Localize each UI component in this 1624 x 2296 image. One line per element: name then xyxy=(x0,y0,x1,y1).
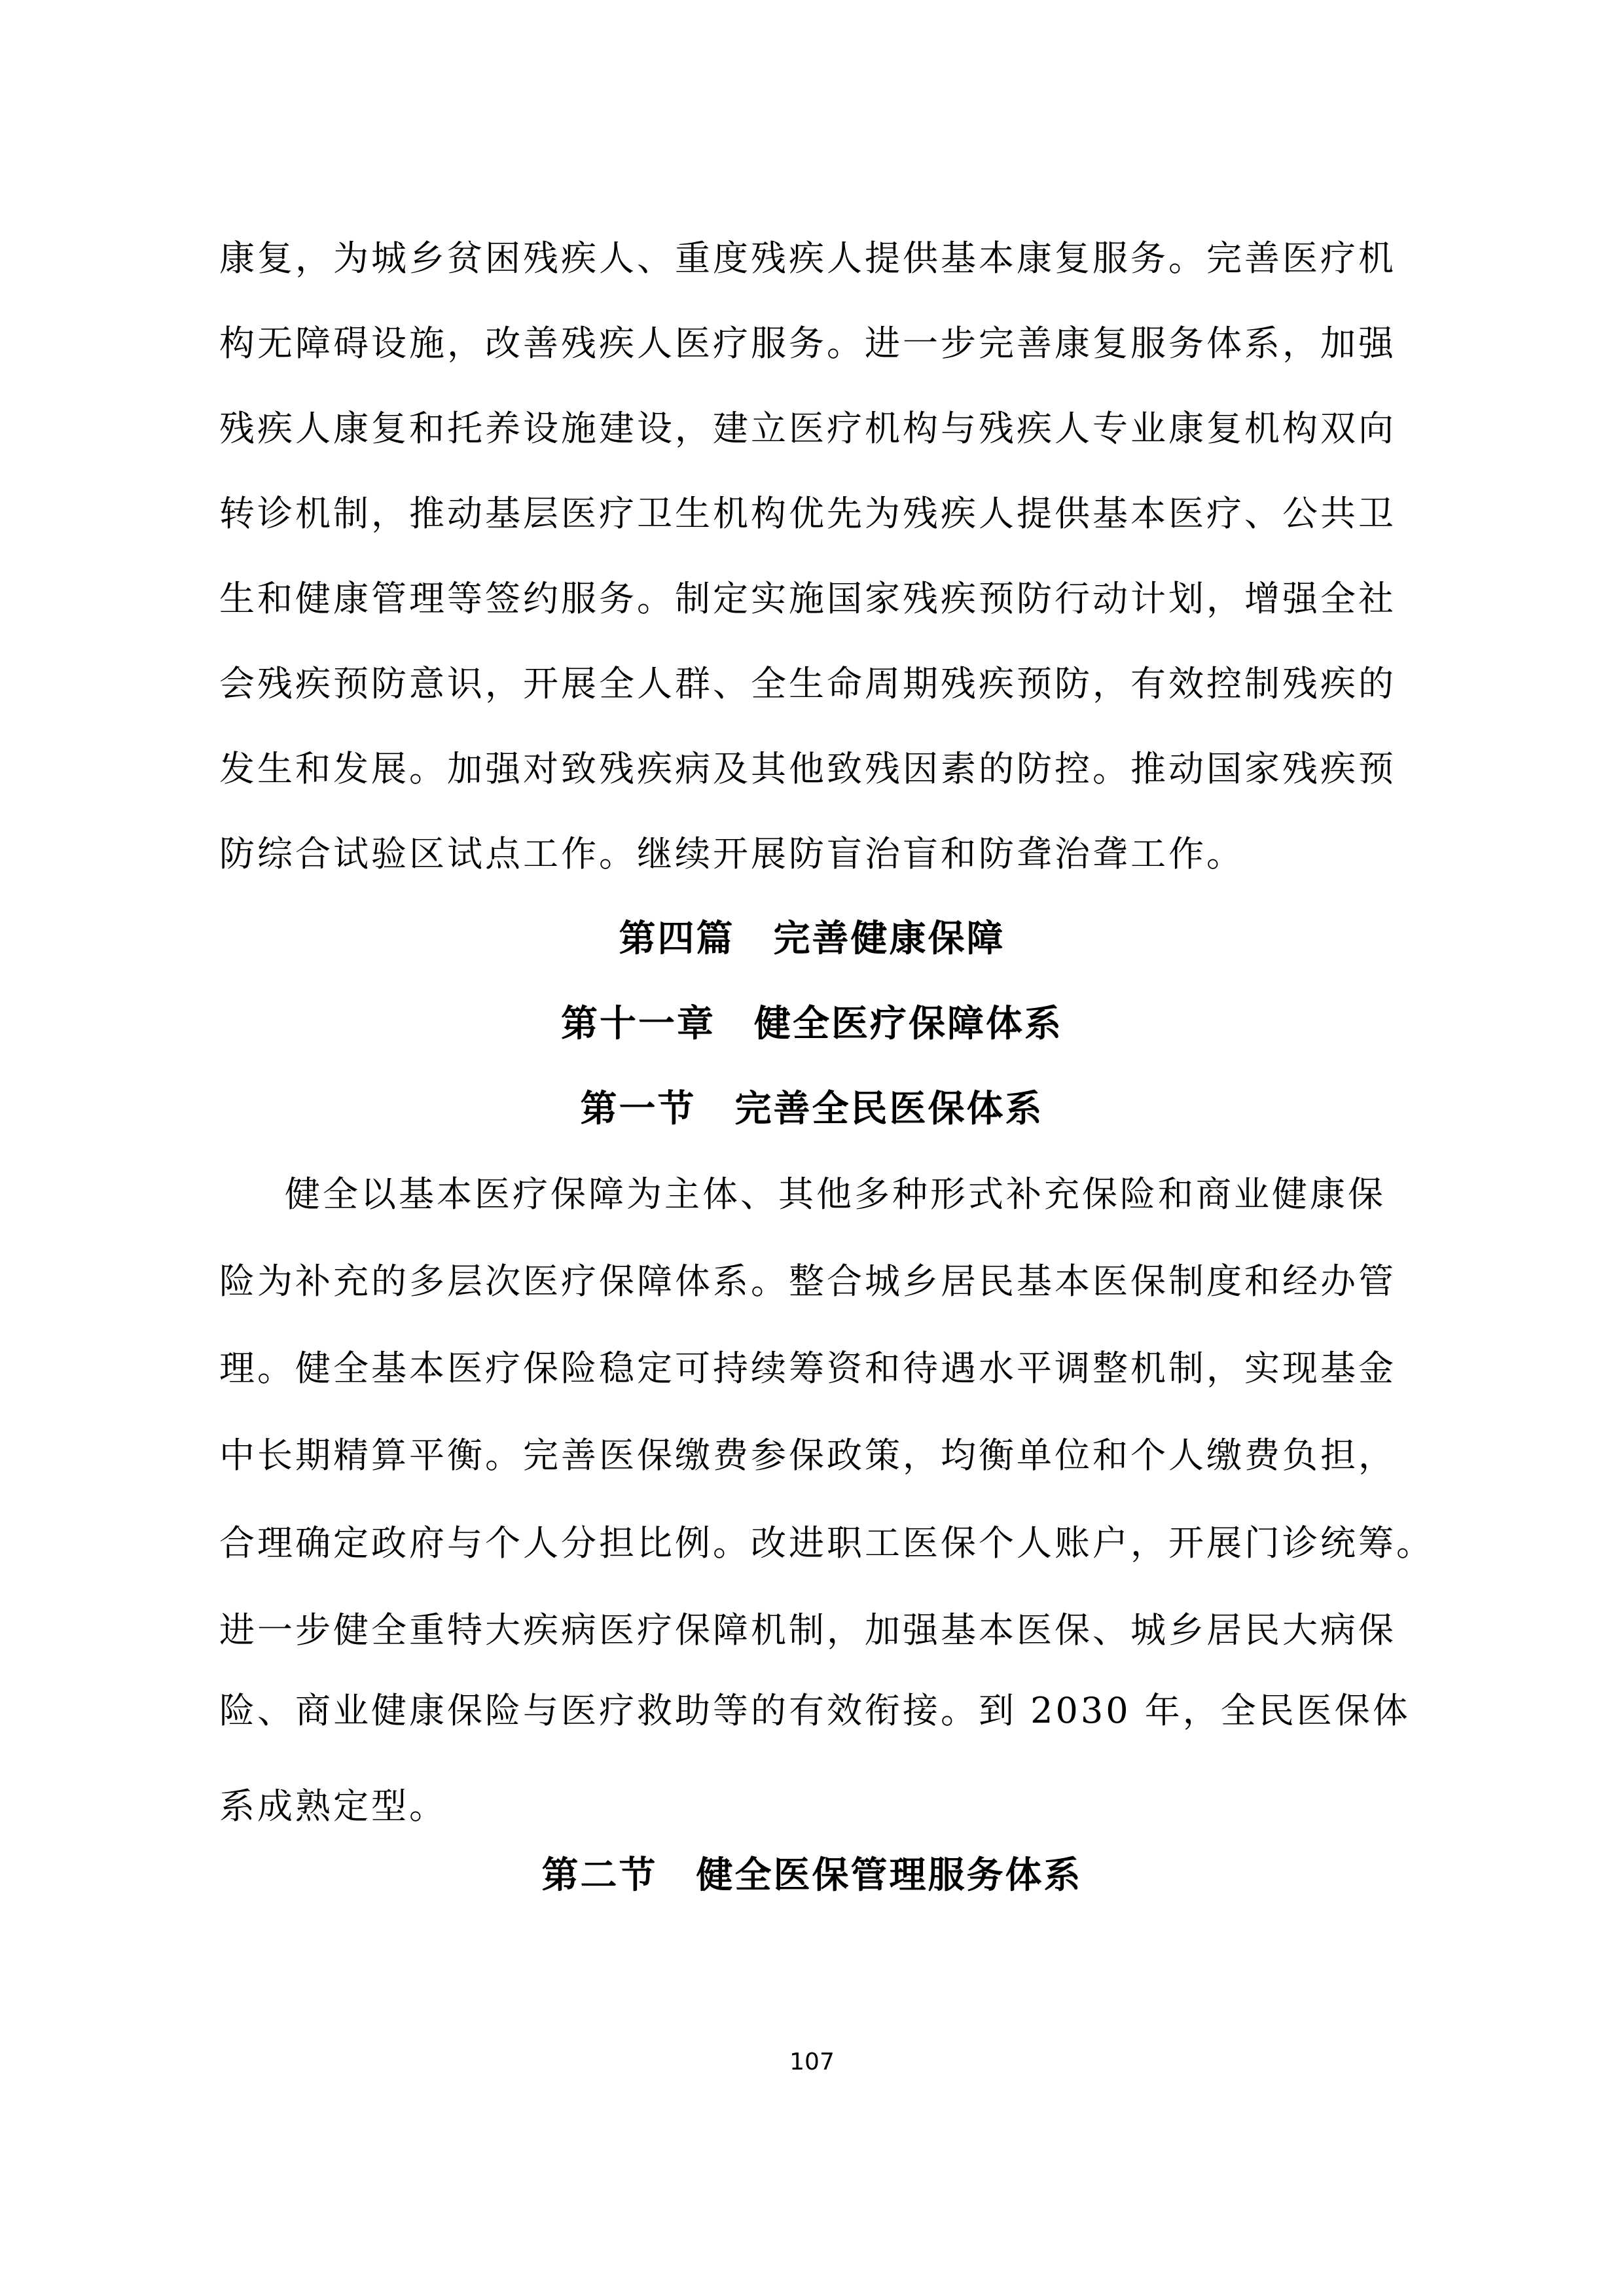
paragraph-line: 险、商业健康保险与医疗救助等的有效衔接。到 2030 年，全民医保体 xyxy=(219,1691,1411,1731)
paragraph-line: 进一步健全重特大疾病医疗保障机制，加强基本医保、城乡居民大病保 xyxy=(219,1611,1396,1650)
paragraph-line: 合理确定政府与个人分担比例。改进职工医保个人账户，开展门诊统筹。 xyxy=(219,1524,1434,1563)
paragraph-line: 会残疾预防意识，开展全人群、全生命周期残疾预防，有效控制残疾的 xyxy=(219,664,1396,704)
section-heading: 第二节 健全医保管理服务体系 xyxy=(0,1856,1624,1895)
chapter-heading: 第十一章 健全医疗保障体系 xyxy=(0,1005,1624,1044)
paragraph-line: 生和健康管理等签约服务。制定实施国家残疾预防行动计划，增强全社 xyxy=(219,579,1396,619)
paragraph-line: 发生和发展。加强对致残疾病及其他致残因素的防控。推动国家残疾预 xyxy=(219,749,1396,789)
document-page: 康复，为城乡贫困残疾人、重度残疾人提供基本康复服务。完善医疗机 构无障碍设施，改… xyxy=(0,0,1624,2296)
paragraph-line: 防综合试验区试点工作。继续开展防盲治盲和防聋治聋工作。 xyxy=(219,834,1244,874)
part-heading: 第四篇 完善健康保障 xyxy=(0,920,1624,959)
paragraph-line: 险为补充的多层次医疗保障体系。整合城乡居民基本医保制度和经办管 xyxy=(219,1262,1396,1301)
paragraph-line: 转诊机制，推动基层医疗卫生机构优先为残疾人提供基本医疗、公共卫 xyxy=(219,494,1396,533)
paragraph-line: 健全以基本医疗保障为主体、其他多种形式补充保险和商业健康保 xyxy=(285,1175,1386,1214)
section-heading: 第一节 完善全民医保体系 xyxy=(0,1090,1624,1129)
paragraph-line: 系成熟定型。 xyxy=(219,1787,447,1826)
paragraph-line: 中长期精算平衡。完善医保缴费参保政策，均衡单位和个人缴费负担， xyxy=(219,1436,1396,1475)
paragraph-line: 残疾人康复和托养设施建设，建立医疗机构与残疾人专业康复机构双向 xyxy=(219,409,1396,448)
paragraph-line: 构无障碍设施，改善残疾人医疗服务。进一步完善康复服务体系，加强 xyxy=(219,324,1396,363)
paragraph-line: 康复，为城乡贫困残疾人、重度残疾人提供基本康复服务。完善医疗机 xyxy=(219,239,1396,278)
page-number: 107 xyxy=(0,2049,1624,2075)
paragraph-line: 理。健全基本医疗保险稳定可持续筹资和待遇水平调整机制，实现基金 xyxy=(219,1349,1396,1388)
